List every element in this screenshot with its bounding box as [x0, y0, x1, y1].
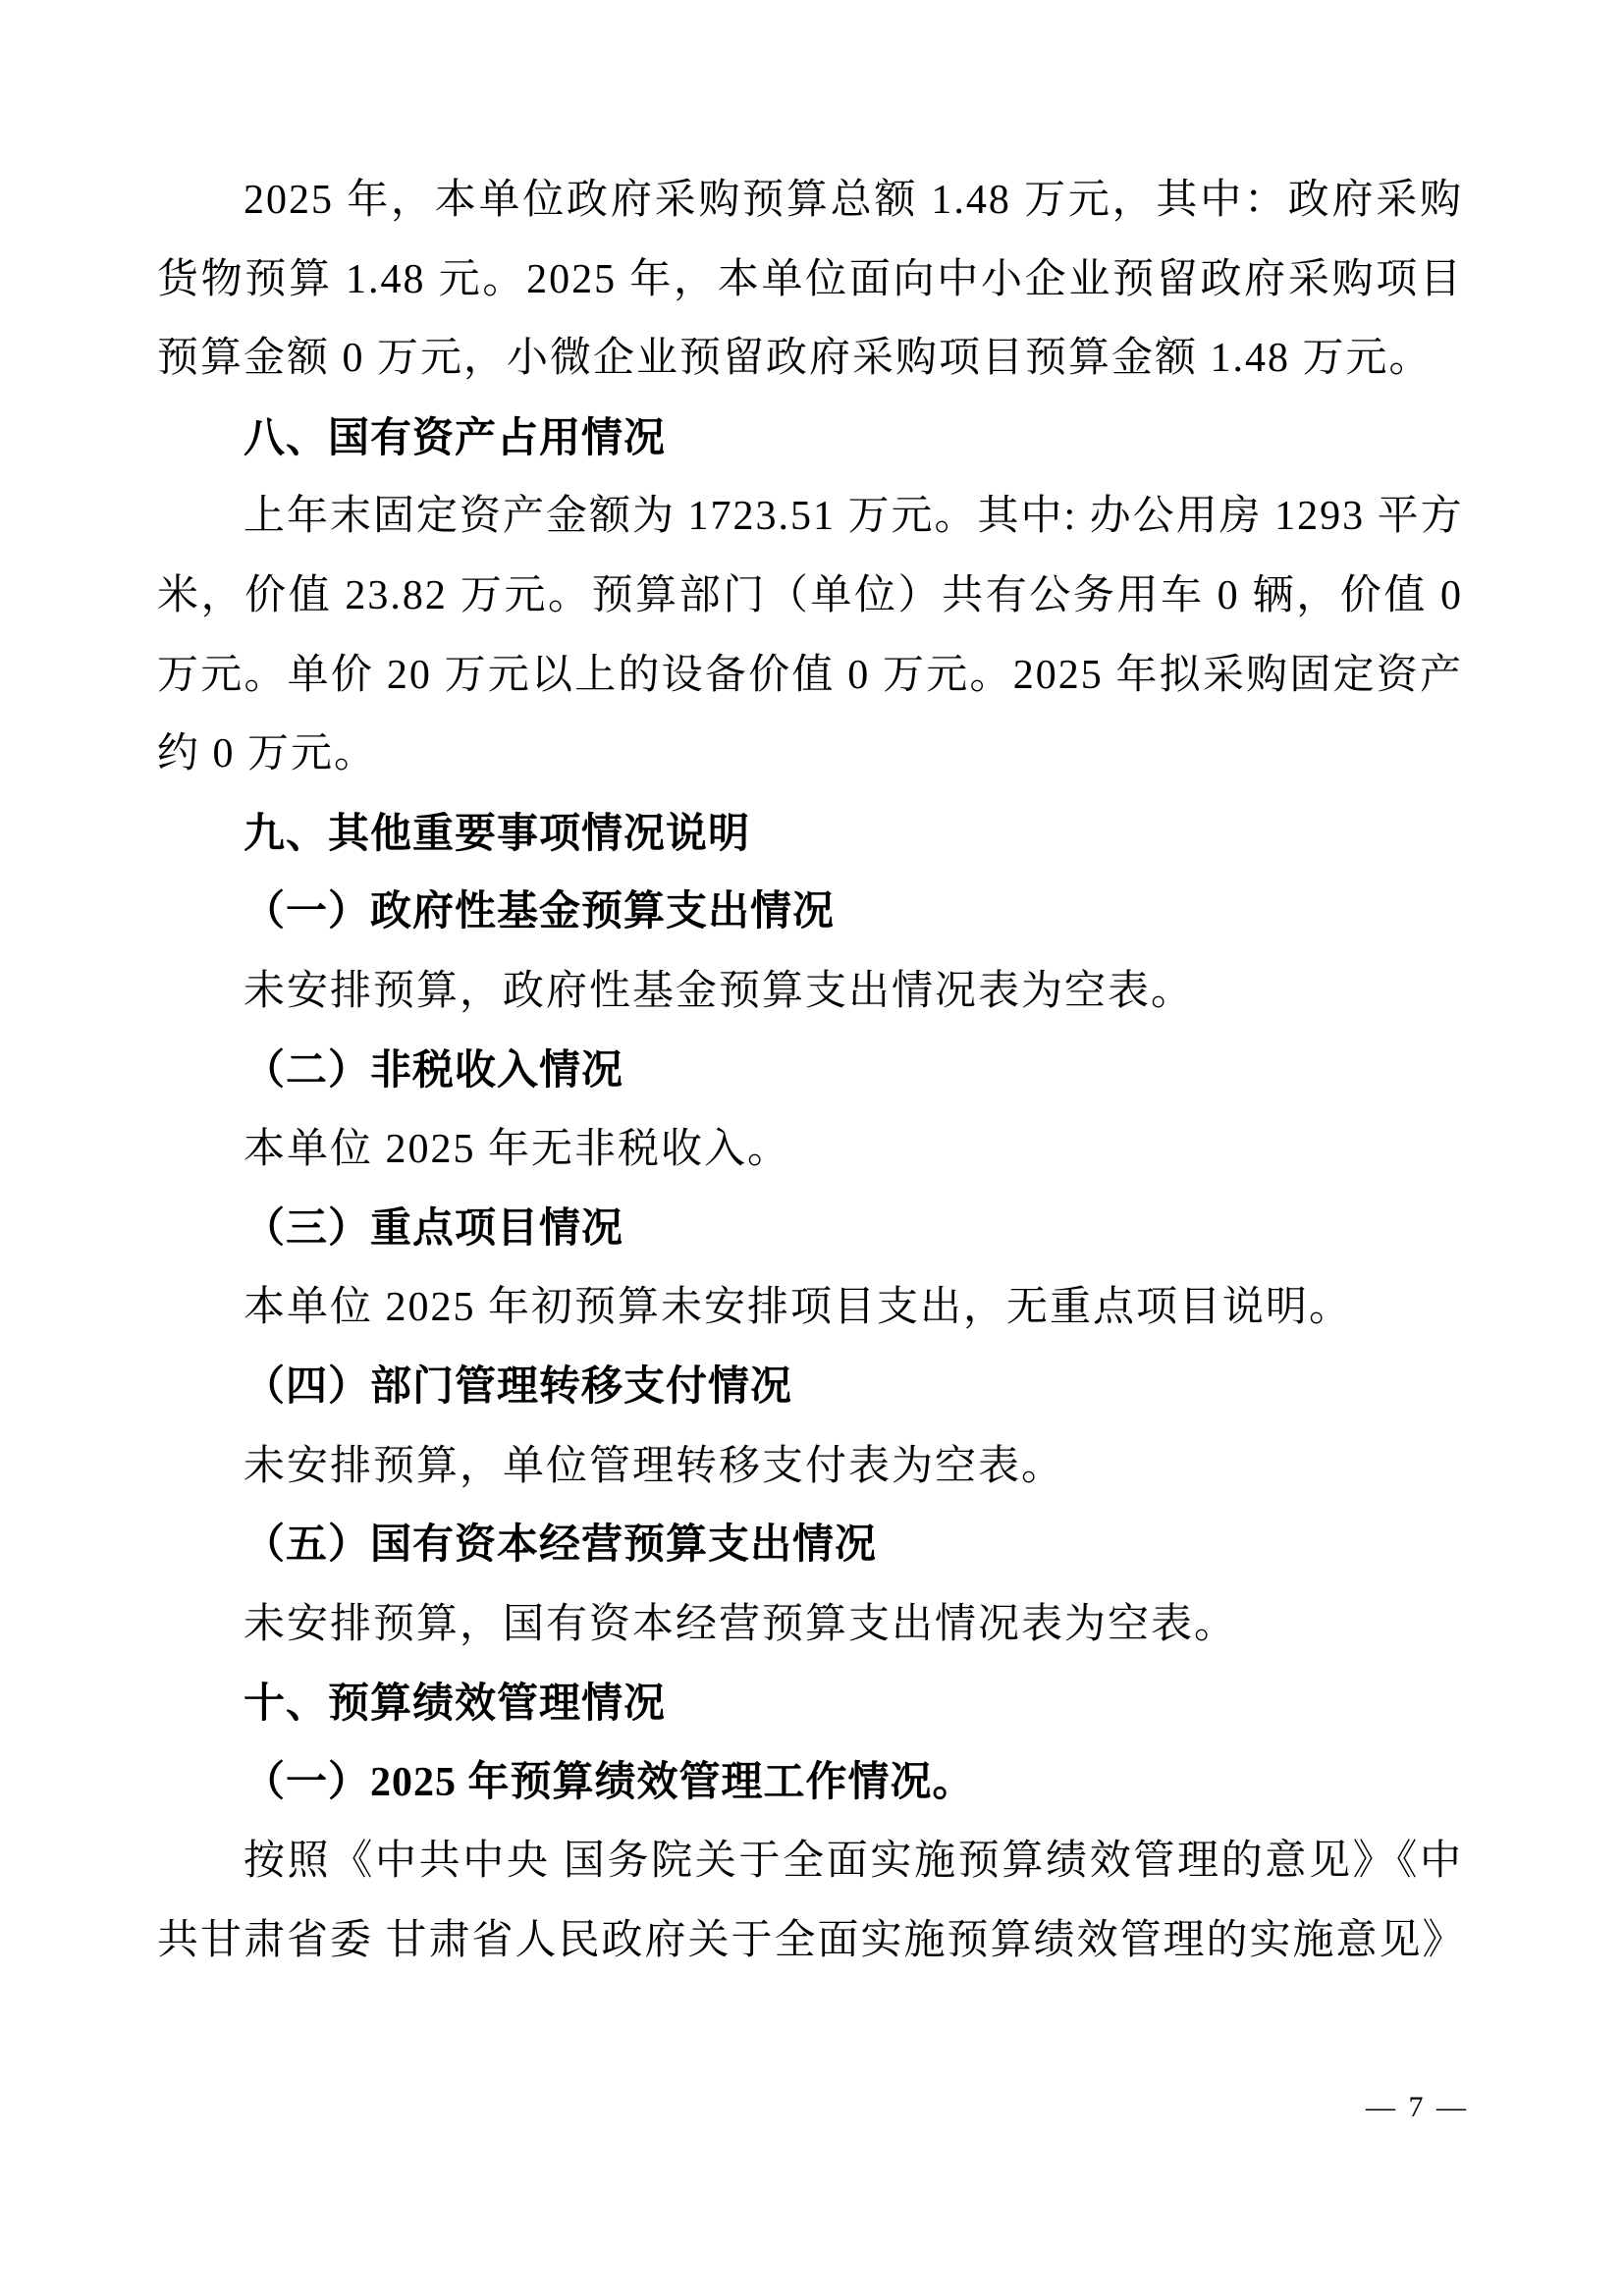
body-text-line: 上年末固定资产金额为 1723.51 万元。其中: 办公用房 1293 平方: [157, 477, 1463, 557]
body-text-line: 米，价值 23.82 万元。预算部门（单位）共有公务用车 0 辆，价值 0: [157, 557, 1463, 636]
body-text-line: 未安排预算，政府性基金预算支出情况表为空表。: [157, 952, 1463, 1032]
sub-section-heading: （五）国有资本经营预算支出情况: [157, 1506, 1463, 1585]
sub-section-heading: （一）政府性基金预算支出情况: [157, 873, 1463, 952]
sub-section-heading: （一）2025 年预算绩效管理工作情况。: [157, 1743, 1463, 1823]
body-text-line: 按照《中共中央 国务院关于全面实施预算绩效管理的意见》《中: [157, 1822, 1463, 1901]
section-heading: 十、预算绩效管理情况: [157, 1664, 1463, 1743]
body-text-line: 共甘肃省委 甘肃省人民政府关于全面实施预算绩效管理的实施意见》: [157, 1901, 1463, 1981]
body-text-line: 万元。单价 20 万元以上的设备价值 0 万元。2025 年拟采购固定资产: [157, 636, 1463, 716]
body-text-line: 2025 年，本单位政府采购预算总额 1.48 万元，其中：政府采购: [157, 161, 1463, 240]
body-text-line: 未安排预算，国有资本经营预算支出情况表为空表。: [157, 1585, 1463, 1665]
sub-section-heading: （二）非税收入情况: [157, 1032, 1463, 1111]
body-text-line: 预算金额 0 万元，小微企业预留政府采购项目预算金额 1.48 万元。: [157, 319, 1463, 399]
body-text-line: 未安排预算，单位管理转移支付表为空表。: [157, 1427, 1463, 1507]
body-text-line: 本单位 2025 年无非税收入。: [157, 1110, 1463, 1190]
sub-section-heading: （三）重点项目情况: [157, 1190, 1463, 1269]
body-text-line: 约 0 万元。: [157, 715, 1463, 794]
page-number: — 7 —: [1366, 2091, 1469, 2124]
section-heading: 八、国有资产占用情况: [157, 399, 1463, 478]
sub-section-heading: （四）部门管理转移支付情况: [157, 1348, 1463, 1427]
body-text-line: 本单位 2025 年初预算未安排项目支出，无重点项目说明。: [157, 1268, 1463, 1348]
document-body: 2025 年，本单位政府采购预算总额 1.48 万元，其中：政府采购货物预算 1…: [157, 161, 1463, 1981]
section-heading: 九、其他重要事项情况说明: [157, 794, 1463, 874]
body-text-line: 货物预算 1.48 元。2025 年，本单位面向中小企业预留政府采购项目: [157, 240, 1463, 320]
